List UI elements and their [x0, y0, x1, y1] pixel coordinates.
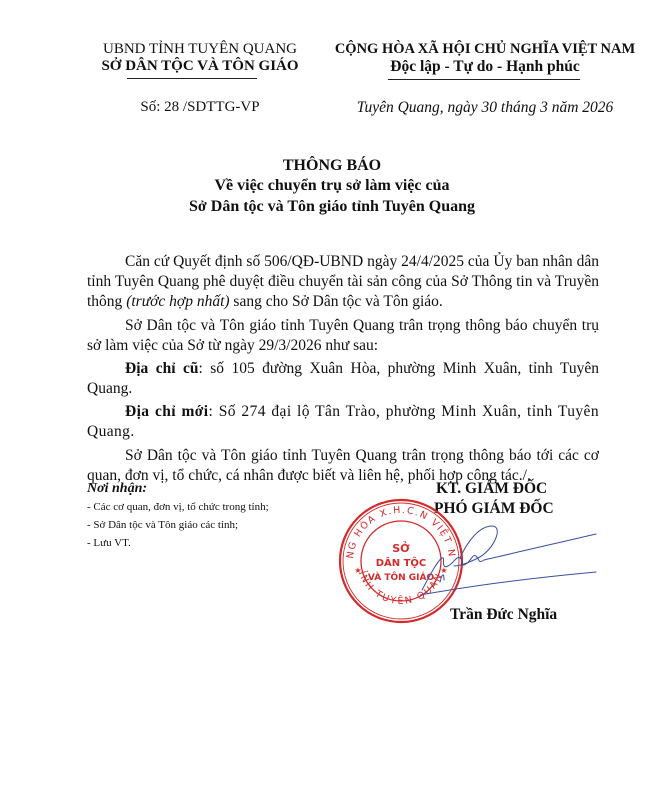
- department-name: SỞ DÂN TỘC VÀ TÔN GIÁO: [80, 58, 320, 75]
- republic-heading: CỘNG HÒA XÃ HỘI CHỦ NGHĨA VIỆT NAM: [318, 41, 652, 58]
- new-address-label: Địa chỉ mới: [125, 403, 209, 420]
- national-motto: Độc lập - Tự do - Hạnh phúc: [318, 58, 652, 76]
- document-subject-line1: Về việc chuyển trụ sở làm việc của: [0, 177, 664, 195]
- paragraph-legal-basis: Căn cứ Quyết định số 506/QĐ-UBND ngày 24…: [87, 252, 599, 312]
- document-type: THÔNG BÁO: [0, 157, 664, 175]
- svg-text:SỞ: SỞ: [392, 541, 410, 555]
- old-address: Địa chỉ cũ: số 105 đường Xuân Hòa, phườn…: [87, 359, 599, 399]
- signer-name: Trần Đức Nghĩa: [450, 606, 557, 624]
- department-underline: [127, 78, 257, 79]
- handwritten-signature-icon: [420, 520, 600, 600]
- recipients-title: Nơi nhận:: [87, 481, 147, 497]
- paragraph-italic-note: (trước hợp nhất): [126, 293, 229, 310]
- recipient-item: - Lưu VT.: [87, 537, 131, 549]
- recipient-item: - Sở Dân tộc và Tôn giáo các tỉnh;: [87, 519, 238, 531]
- old-address-label: Địa chỉ cũ: [125, 360, 198, 377]
- signer-authority: KT. GIÁM ĐỐC: [436, 480, 547, 498]
- place-date: Tuyên Quang, ngày 30 tháng 3 năm 2026: [318, 99, 652, 117]
- new-address: Địa chỉ mới: Số 274 đại lộ Tân Trào, phư…: [87, 402, 599, 442]
- paragraph-announcement: Sở Dân tộc và Tôn giáo tỉnh Tuyên Quang …: [87, 316, 599, 356]
- paragraph-text: sang cho Sở Dân tộc và Tôn giáo.: [230, 293, 443, 310]
- recipient-item: - Các cơ quan, đơn vị, tổ chức trong tỉn…: [87, 501, 269, 513]
- document-subject-line2: Sở Dân tộc và Tôn giáo tỉnh Tuyên Quang: [0, 198, 664, 216]
- agency-name: UBND TỈNH TUYÊN QUANG: [80, 41, 320, 58]
- svg-text:DÂN TỘC: DÂN TỘC: [376, 556, 427, 569]
- motto-underline: [388, 79, 580, 80]
- document-number: Số: 28 /SDTTG-VP: [80, 99, 320, 116]
- svg-text:★: ★: [354, 566, 361, 575]
- document-body: Căn cứ Quyết định số 506/QĐ-UBND ngày 24…: [87, 252, 599, 486]
